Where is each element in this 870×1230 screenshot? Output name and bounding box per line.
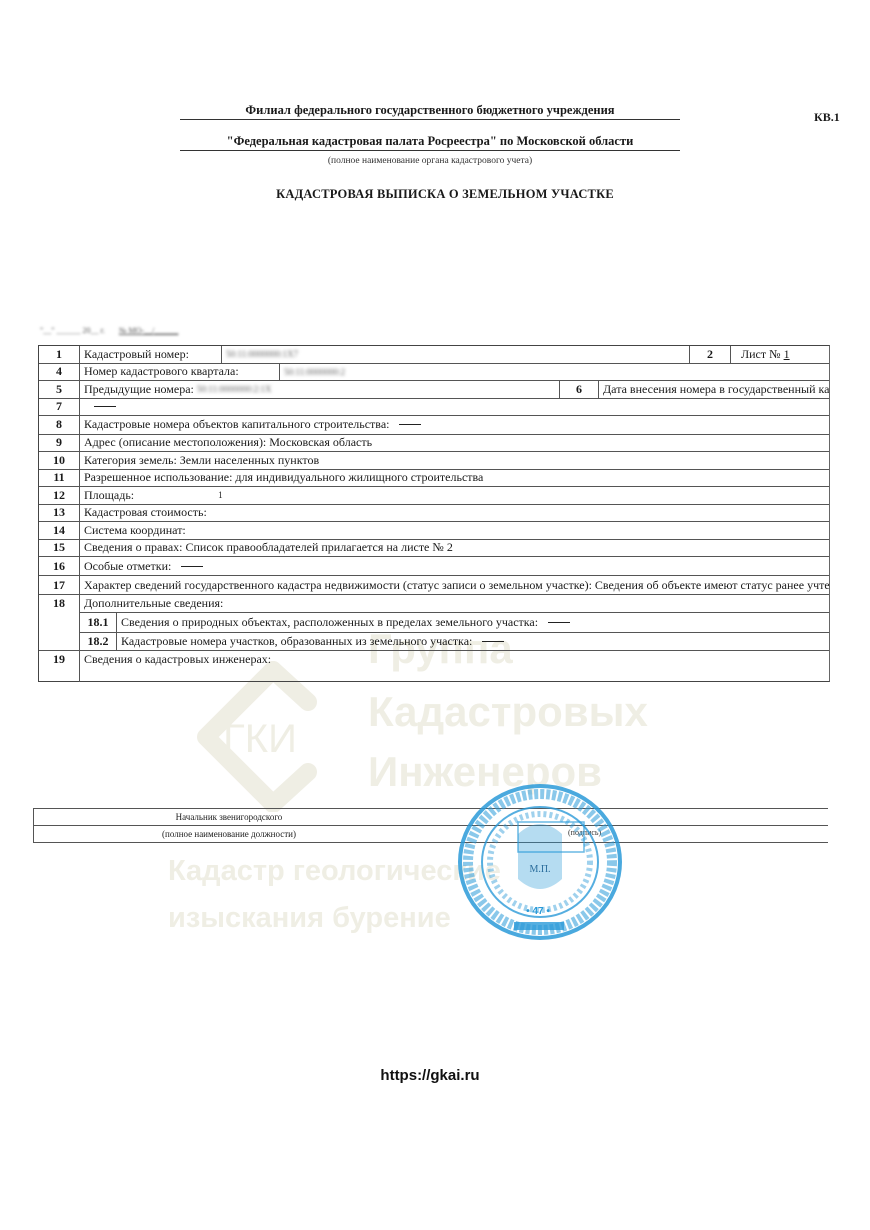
watermark-line-5: изыскания бурение [168, 902, 451, 935]
quarter-number-value: 50:11:0000000:2 [279, 364, 829, 381]
cadastral-engineers: Сведения о кадастровых инженерах: [80, 651, 829, 682]
signature-block: Начальник звенигородского (полное наимен… [33, 808, 828, 843]
document-number: № МО-__/______ [119, 326, 178, 335]
sub-row-number: 18.1 [80, 613, 117, 632]
sub-row-number: 18.2 [80, 633, 117, 650]
watermark-line-2: Кадастровых [368, 688, 648, 736]
row-number: 4 [39, 364, 80, 381]
svg-text:М.П.: М.П. [529, 864, 550, 875]
land-category: Категория земель: Земли населенных пункт… [80, 452, 829, 469]
table-row-19: 19 Сведения о кадастровых инженерах: [39, 651, 829, 681]
row-number: 18 [39, 595, 80, 650]
table-row-8: 8 Кадастровые номера объектов капитально… [39, 416, 829, 435]
table-row-5: 5 Предыдущие номера: 50:11:0000000:2:1X … [39, 381, 829, 399]
org-name-line-2: "Федеральная кадастровая палата Росреест… [180, 134, 680, 151]
row-number: 5 [39, 381, 80, 398]
sub-row-18-1: 18.1 Сведения о природных объектах, расп… [80, 613, 829, 633]
watermark-line-4: Кадастр геологические [168, 855, 501, 888]
document-date: "__" ______ 20__ г. [40, 326, 105, 335]
row-number: 8 [39, 416, 80, 434]
table-row-7: 7 [39, 399, 829, 416]
row-number: 10 [39, 452, 80, 469]
row-number: 12 [39, 487, 80, 504]
form-code: КВ.1 [814, 110, 840, 125]
website-link[interactable]: https://gkai.ru [0, 1067, 860, 1084]
row-number: 1 [39, 346, 80, 363]
table-row-16: 16 Особые отметки: [39, 557, 829, 576]
row-number: 6 [559, 381, 599, 398]
table-row-13: 13 Кадастровая стоимость: [39, 505, 829, 523]
table-row-12: 12 Площадь:1 [39, 487, 829, 505]
row-7-value [80, 399, 829, 415]
document-date-number: "__" ______ 20__ г.№ МО-__/______ [40, 326, 178, 335]
row-number: 13 [39, 505, 80, 522]
table-row-10: 10 Категория земель: Земли населенных пу… [39, 452, 829, 470]
row-number: 7 [39, 399, 80, 415]
row-number: 17 [39, 576, 80, 594]
table-row-18: 18 Дополнительные сведения: 18.1 Сведени… [39, 595, 829, 651]
cadastral-number-label: Кадастровый номер: [80, 346, 221, 363]
watermark-logo-text: ГКИ [223, 717, 297, 761]
coordinate-system: Система координат: [80, 522, 829, 539]
row-number: 2 [689, 346, 731, 363]
row-number: 14 [39, 522, 80, 539]
official-position: Начальник звенигородского [33, 809, 424, 825]
sheet-number: Лист № 1 [731, 346, 829, 363]
row-number: 19 [39, 651, 80, 682]
additional-info-label: Дополнительные сведения: [80, 595, 829, 613]
row-number: 9 [39, 435, 80, 452]
quarter-number-label: Номер кадастрового квартала: [80, 364, 279, 381]
permitted-use: Разрешенное использование: для индивидуа… [80, 470, 829, 487]
table-row-4: 4 Номер кадастрового квартала: 50:11:000… [39, 364, 829, 382]
official-position-caption: (полное наименование должности) [33, 826, 424, 842]
sub-row-18-2: 18.2 Кадастровые номера участков, образо… [80, 633, 829, 650]
area: Площадь:1 [80, 487, 829, 504]
svg-text:• 47 •: • 47 • [526, 906, 550, 917]
cadastral-table: 1 Кадастровый номер: 50:11:0000000:1X7 2… [38, 345, 830, 682]
document-title: КАДАСТРОВАЯ ВЫПИСКА О ЗЕМЕЛЬНОМ УЧАСТКЕ [180, 187, 710, 202]
row-number: 11 [39, 470, 80, 487]
cadastral-value: Кадастровая стоимость: [80, 505, 829, 522]
official-seal-icon: М.П. • 47 • [458, 784, 628, 944]
address: Адрес (описание местоположения): Московс… [80, 435, 829, 452]
previous-numbers: Предыдущие номера: 50:11:0000000:2:1X [80, 381, 559, 398]
org-name-line-1: Филиал федерального государственного бюд… [180, 103, 680, 120]
cadastral-number-value: 50:11:0000000:1X7 [221, 346, 689, 363]
capital-objects-numbers: Кадастровые номера объектов капитального… [80, 416, 829, 434]
table-row-11: 11 Разрешенное использование: для индиви… [39, 470, 829, 488]
special-notes: Особые отметки: [80, 557, 829, 575]
rights-info: Сведения о правах: Список правообладател… [80, 540, 829, 557]
derived-parcels: Кадастровые номера участков, образованны… [117, 633, 504, 650]
org-name-caption: (полное наименование органа кадастрового… [180, 156, 680, 166]
row-number: 15 [39, 540, 80, 557]
natural-objects: Сведения о природных объектах, расположе… [117, 613, 570, 632]
table-row-14: 14 Система координат: [39, 522, 829, 540]
record-status: Характер сведений государственного кадас… [80, 576, 829, 594]
table-row-9: 9 Адрес (описание местоположения): Моско… [39, 435, 829, 453]
number-entry-date-label: Дата внесения номера в государственный к… [599, 381, 829, 398]
row-number: 16 [39, 557, 80, 575]
table-row-1: 1 Кадастровый номер: 50:11:0000000:1X7 2… [39, 346, 829, 364]
table-row-15: 15 Сведения о правах: Список правооблада… [39, 540, 829, 558]
table-row-17: 17 Характер сведений государственного ка… [39, 576, 829, 595]
